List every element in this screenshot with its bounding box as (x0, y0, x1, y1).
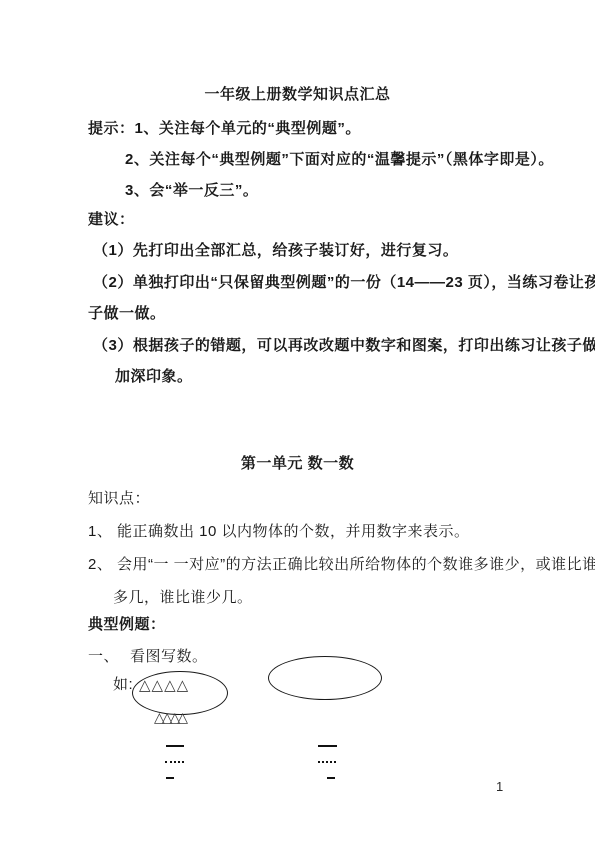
page-number: 1 (496, 779, 503, 794)
answer-blank-short-left (166, 777, 174, 779)
triangle-icons-inside-ellipse: △△△△ (139, 678, 189, 694)
exercise-number: 一、 (88, 649, 119, 665)
suggestion-3-continued: 加深印象。 (115, 369, 193, 385)
suggestion-2-continued: 子做一做。 (88, 306, 166, 322)
suggestions-heading: 建议： (88, 212, 135, 228)
example-label: 如: (113, 677, 133, 693)
document-page: 一年级上册数学知识点汇总 提示：1、关注每个单元的“典型例题”。 2、关注每个“… (0, 0, 595, 842)
exercise-title: 看图写数。 (130, 649, 208, 665)
unit-heading: 第一单元 数一数 (0, 456, 595, 472)
triangle-icons-below-ellipse: △△△△ (154, 709, 185, 725)
knowledge-point-2-continued: 多几，谁比谁少几。 (113, 590, 253, 606)
suggestion-1: （1）先打印出全部汇总，给孩子装订好，进行复习。 (93, 243, 458, 259)
suggestion-3: （3）根据孩子的错题，可以再改改题中数字和图案，打印出练习让孩子做一做， (93, 338, 595, 354)
page-title: 一年级上册数学知识点汇总 (0, 87, 595, 103)
tip-line-3: 3、会“举一反三”。 (125, 183, 258, 199)
knowledge-point-1: 1、 能正确数出 10 以内物体的个数，并用数字来表示。 (88, 524, 470, 540)
knowledge-point-2: 2、 会用“一 一对应”的方法正确比较出所给物体的个数谁多谁少，或谁比谁 (88, 557, 595, 573)
answer-blank-solid-left (166, 745, 184, 747)
knowledge-heading: 知识点： (88, 491, 150, 507)
tip-line-2: 2、关注每个“典型例题”下面对应的“温馨提示”（黑体字即是）。 (125, 152, 554, 168)
suggestion-2: （2）单独打印出“只保留典型例题”的一份（14——23 页），当练习卷让孩 (93, 275, 595, 291)
answer-blank-dotted-left (165, 761, 184, 763)
tip-line-1: 提示：1、关注每个单元的“典型例题”。 (88, 121, 361, 137)
answer-blank-dotted-right (318, 761, 336, 763)
answer-ellipse-right (268, 656, 382, 700)
answer-blank-solid-right (318, 745, 337, 747)
examples-heading: 典型例题： (88, 617, 166, 633)
answer-blank-short-right (327, 777, 335, 779)
